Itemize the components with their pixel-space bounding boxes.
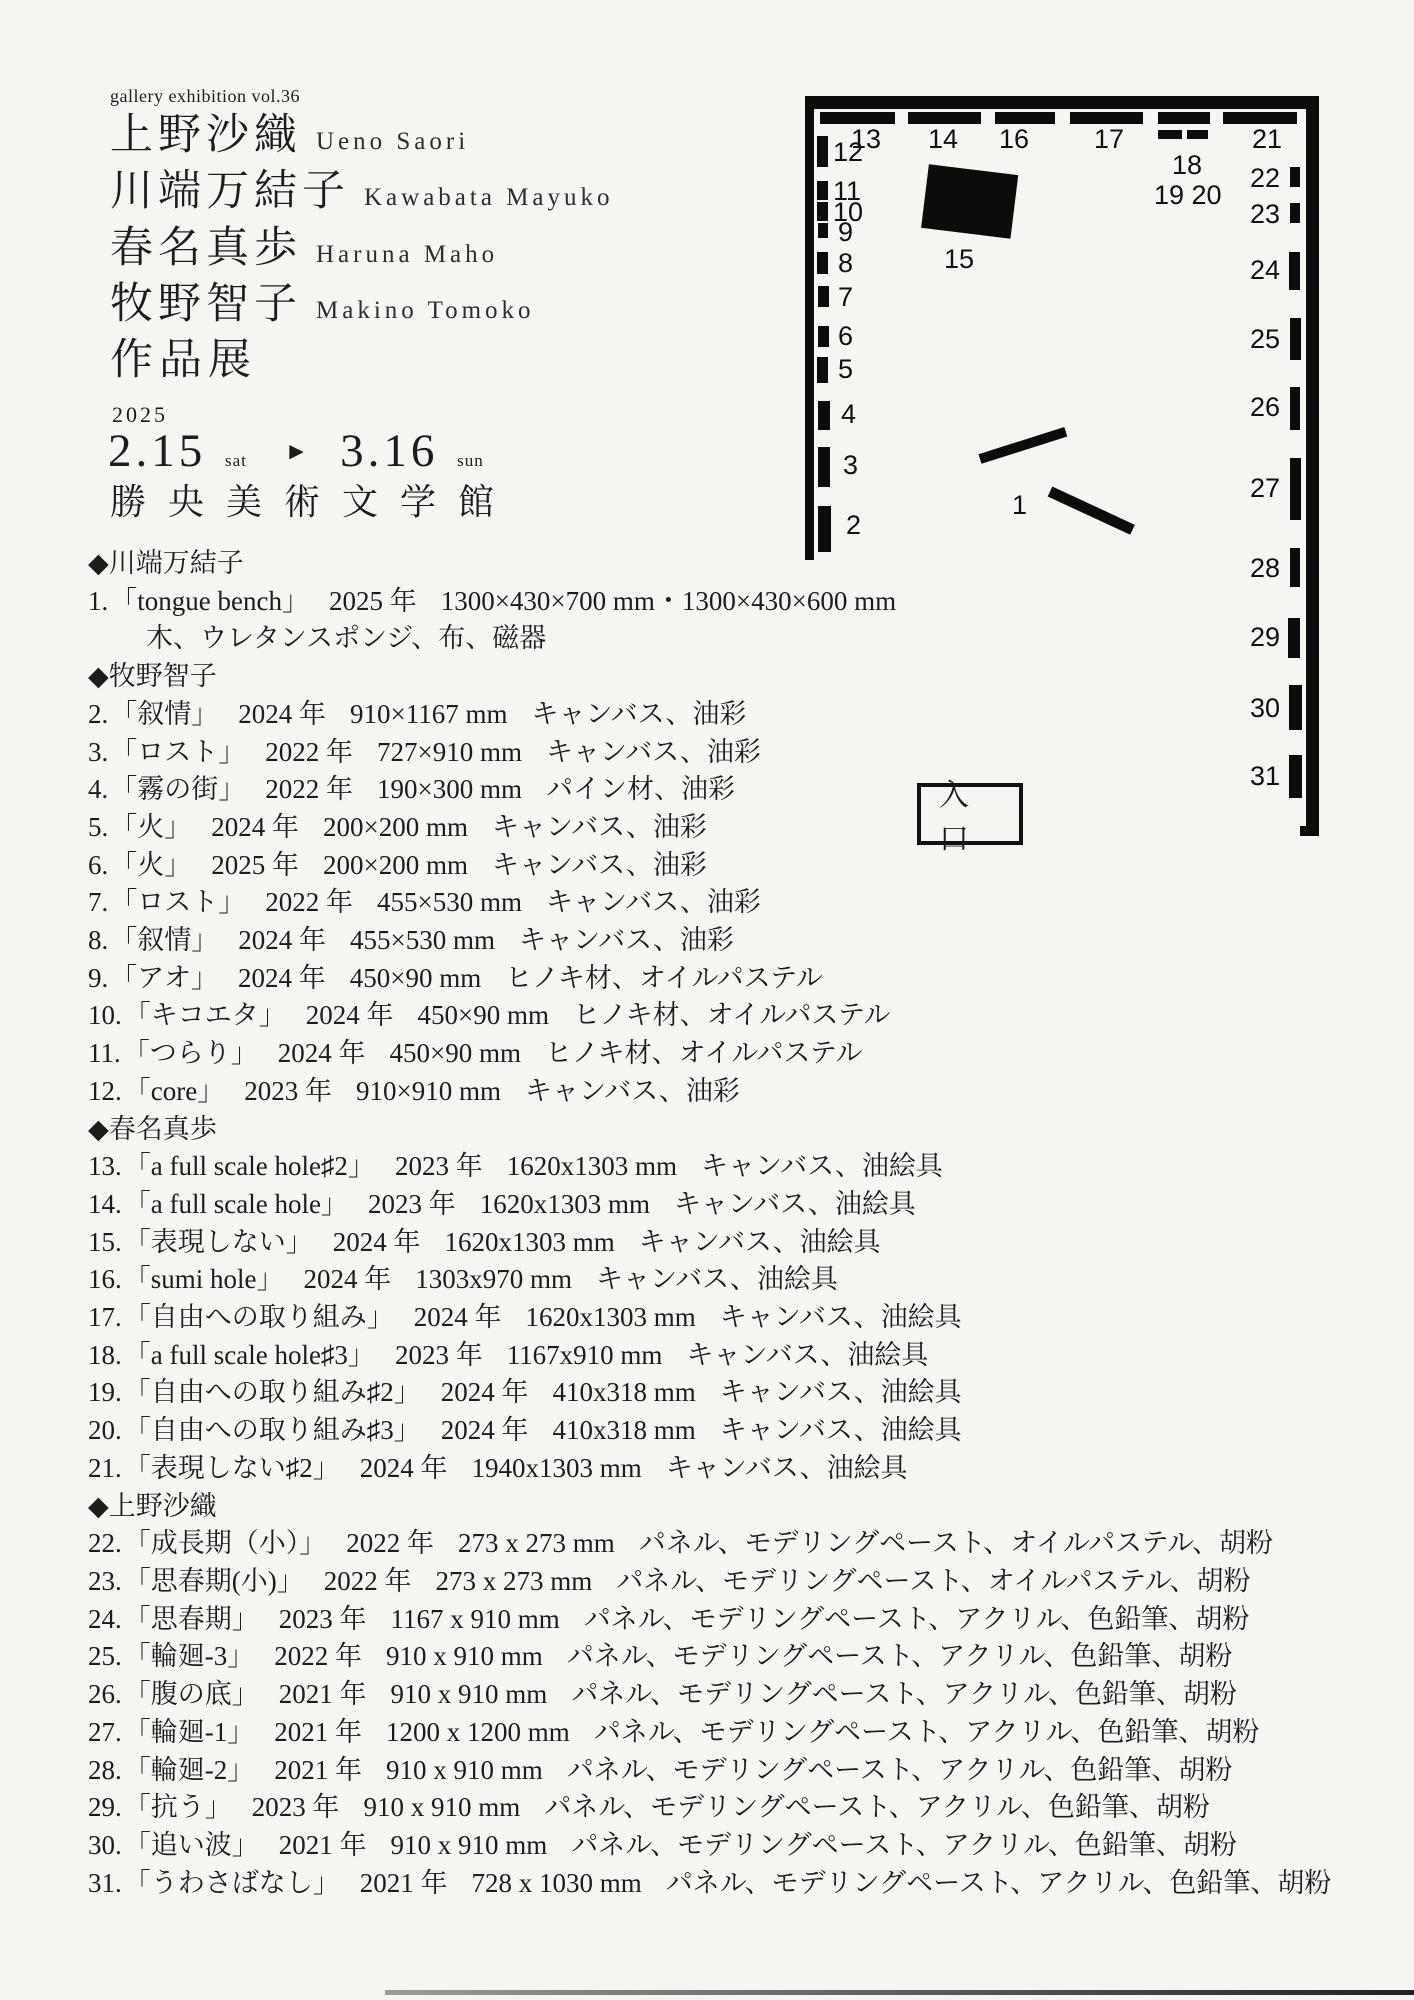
work-no: 17.	[88, 1302, 122, 1332]
artist-name-row: 川端万結子 Kawabata Mayuko	[110, 170, 614, 213]
work-no: 14.	[88, 1189, 122, 1219]
artist-en: Ueno Saori	[316, 128, 469, 156]
date-start: 2.15	[108, 425, 206, 477]
artist-ja: 春名真歩	[110, 227, 302, 270]
map-artwork-bar-15	[921, 164, 1018, 238]
work-year: 2024 年	[238, 963, 326, 993]
work-year: 2023 年	[252, 1792, 340, 1822]
work-row-11: 11.「つらり」2024 年450×90 mmヒノキ材、オイルパステル	[88, 1035, 1388, 1073]
artist-name-row: 牧野智子 Makino Tomoko	[110, 283, 535, 326]
work-no: 27.	[88, 1717, 122, 1747]
work-row-17: 17.「自由への取り組み」2024 年1620x1303 mmキャンバス、油絵具	[88, 1299, 1388, 1337]
map-label-23: 23	[1236, 201, 1280, 228]
map-artwork-bar	[978, 427, 1067, 464]
map-label-8: 8	[838, 250, 853, 277]
work-no: 2.	[88, 699, 108, 729]
work-title: 「うわさばなし」	[124, 1868, 340, 1898]
work-size: 1620x1303 mm	[507, 1151, 677, 1181]
works-list: ◆川端万結子1.「tongue bench」2025 年1300×430×700…	[88, 545, 1388, 1902]
map-label-29: 29	[1236, 624, 1280, 651]
work-title: 「自由への取り組み♯2」	[124, 1377, 421, 1407]
work-title: 「思春期」	[124, 1604, 259, 1634]
work-mat: キャンバス、油絵具	[674, 1189, 916, 1219]
work-no: 10.	[88, 1000, 122, 1030]
work-title: 「表現しない♯2」	[124, 1453, 340, 1483]
work-row-10: 10.「キコエタ」2024 年450×90 mmヒノキ材、オイルパステル	[88, 997, 1388, 1035]
work-mat: キャンバス、油彩	[531, 699, 746, 729]
map-label-5: 5	[838, 356, 853, 383]
work-mat: パネル、モデリングペースト、アクリル、色鉛筆、胡粉	[567, 1641, 1233, 1671]
work-row-19: 19.「自由への取り組み♯2」2024 年410x318 mmキャンバス、油絵具	[88, 1374, 1388, 1412]
work-year: 2024 年	[360, 1453, 448, 1483]
work-size: 1620x1303 mm	[480, 1189, 650, 1219]
work-year: 2023 年	[395, 1340, 483, 1370]
work-mat: パネル、モデリングペースト、オイルパステル、胡粉	[616, 1566, 1250, 1596]
work-no: 29.	[88, 1792, 122, 1822]
work-size: 1940x1303 mm	[472, 1453, 642, 1483]
work-size: 1167x910 mm	[507, 1340, 663, 1370]
work-size: 1303x970 mm	[415, 1264, 572, 1294]
work-title: 「輪廻-1」	[124, 1717, 255, 1747]
work-year: 2023 年	[244, 1076, 332, 1106]
work-title: 「a full scale hole♯3」	[124, 1340, 375, 1370]
work-mat: キャンバス、油絵具	[720, 1302, 962, 1332]
map-artwork-bar-31	[1289, 755, 1302, 798]
map-label-7: 7	[838, 284, 853, 311]
work-materials-continuation: 木、ウレタンスポンジ、布、磁器	[88, 620, 1388, 658]
map-artwork-bar-30	[1289, 685, 1302, 730]
section-header: ◆牧野智子	[88, 658, 1388, 696]
date-start-day: sat	[225, 451, 247, 470]
map-artwork-bar-8	[817, 252, 828, 274]
work-no: 13.	[88, 1151, 122, 1181]
map-label-16: 16	[999, 126, 1029, 153]
work-row-2: 2.「叙情」2024 年910×1167 mmキャンバス、油彩	[88, 696, 1388, 734]
work-size: 273 x 273 mm	[435, 1566, 592, 1596]
map-wall	[1300, 826, 1319, 836]
work-row-16: 16.「sumi hole」2024 年1303x970 mmキャンバス、油絵具	[88, 1261, 1388, 1299]
artist-name-row: 春名真歩 Haruna Maho	[110, 227, 498, 270]
work-size: 910×910 mm	[356, 1076, 501, 1106]
map-label-6: 6	[838, 323, 853, 350]
work-year: 2021 年	[279, 1679, 367, 1709]
entrance-label: 入口	[939, 770, 1019, 858]
work-no: 24.	[88, 1604, 122, 1634]
map-artwork-bar-13	[820, 112, 895, 124]
work-size: 190×300 mm	[377, 774, 522, 804]
work-mat: キャンバス、油絵具	[666, 1453, 908, 1483]
work-year: 2021 年	[360, 1868, 448, 1898]
map-label-1: 1	[1012, 492, 1027, 519]
map-artwork-bar-12	[817, 136, 828, 167]
work-mat: パネル、モデリングペースト、アクリル、色鉛筆、胡粉	[666, 1868, 1332, 1898]
work-title: 「腹の底」	[124, 1679, 259, 1709]
work-row-24: 24.「思春期」2023 年1167 x 910 mmパネル、モデリングペースト…	[88, 1601, 1388, 1639]
work-title: 「ロスト」	[110, 887, 245, 917]
work-no: 6.	[88, 850, 108, 880]
map-artwork-bar-6	[818, 326, 829, 347]
work-row-8: 8.「叙情」2024 年455×530 mmキャンバス、油彩	[88, 922, 1388, 960]
map-wall	[1306, 96, 1319, 836]
work-no: 18.	[88, 1340, 122, 1370]
work-mat: キャンバス、油絵具	[639, 1227, 881, 1257]
work-title: 「思春期(小)」	[124, 1566, 304, 1596]
work-size: 450×90 mm	[390, 1038, 521, 1068]
work-size: 455×530 mm	[350, 925, 495, 955]
work-size: 450×90 mm	[418, 1000, 549, 1030]
work-row-7: 7.「ロスト」2022 年455×530 mmキャンバス、油彩	[88, 884, 1388, 922]
work-year: 2022 年	[265, 887, 353, 917]
work-mat: パネル、モデリングペースト、アクリル、色鉛筆、胡粉	[584, 1604, 1250, 1634]
work-no: 8.	[88, 925, 108, 955]
map-artwork-bar-29	[1288, 618, 1300, 658]
work-mat: キャンバス、油絵具	[720, 1415, 962, 1445]
work-no: 1.	[88, 586, 108, 616]
work-year: 2023 年	[279, 1604, 367, 1634]
date-end-day: sun	[457, 451, 484, 470]
section-header: ◆春名真歩	[88, 1111, 1388, 1149]
work-row-12: 12.「core」2023 年910×910 mmキャンバス、油彩	[88, 1073, 1388, 1111]
work-row-18: 18.「a full scale hole♯3」2023 年1167x910 m…	[88, 1337, 1388, 1375]
artist-en: Kawabata Mayuko	[364, 184, 614, 212]
map-label-21: 21	[1252, 126, 1282, 153]
work-title: 「抗う」	[124, 1792, 232, 1822]
map-label-25: 25	[1236, 326, 1280, 353]
map-artwork-bar-24	[1289, 252, 1300, 290]
arrow-right-icon: ►	[285, 439, 309, 465]
work-no: 20.	[88, 1415, 122, 1445]
work-mat: ヒノキ材、オイルパステル	[505, 963, 823, 993]
work-title: 「tongue bench」	[110, 586, 309, 616]
work-year: 2024 年	[441, 1415, 529, 1445]
work-row-6: 6.「火」2025 年200×200 mmキャンバス、油彩	[88, 847, 1388, 885]
work-row-5: 5.「火」2024 年200×200 mmキャンバス、油彩	[88, 809, 1388, 847]
work-row-21: 21.「表現しない♯2」2024 年1940x1303 mmキャンバス、油絵具	[88, 1450, 1388, 1488]
work-year: 2024 年	[414, 1302, 502, 1332]
work-no: 26.	[88, 1679, 122, 1709]
work-size: 410x318 mm	[553, 1377, 696, 1407]
scan-edge-artifact	[385, 1990, 1414, 1995]
map-artwork-bar-16	[995, 112, 1055, 124]
work-no: 12.	[88, 1076, 122, 1106]
work-title: 「sumi hole」	[124, 1264, 284, 1294]
work-title: 「霧の街」	[110, 774, 245, 804]
work-no: 5.	[88, 812, 108, 842]
work-mat: キャンバス、油彩	[546, 737, 761, 767]
work-mat: ヒノキ材、オイルパステル	[573, 1000, 891, 1030]
work-year: 2024 年	[441, 1377, 529, 1407]
map-artwork-bar-25	[1290, 318, 1301, 360]
work-year: 2024 年	[333, 1227, 421, 1257]
artist-en: Haruna Maho	[316, 241, 498, 269]
map-label-2: 2	[846, 512, 861, 539]
work-year: 2022 年	[274, 1641, 362, 1671]
work-size: 910 x 910 mm	[391, 1830, 548, 1860]
work-title: 「キコエタ」	[124, 1000, 286, 1030]
work-title: 「ロスト」	[110, 737, 245, 767]
map-artwork-bar-7	[818, 286, 829, 307]
work-mat: ヒノキ材、オイルパステル	[545, 1038, 863, 1068]
map-artwork-bar-26	[1290, 387, 1300, 430]
work-row-20: 20.「自由への取り組み♯3」2024 年410x318 mmキャンバス、油絵具	[88, 1412, 1388, 1450]
exhibition-dates: 2.15 sat ► 3.16 sun	[108, 428, 484, 475]
work-size: 200×200 mm	[323, 812, 468, 842]
map-artwork-bar-4	[818, 401, 830, 430]
work-title: 「叙情」	[110, 699, 218, 729]
work-row-4: 4.「霧の街」2022 年190×300 mmパイン材、油彩	[88, 771, 1388, 809]
work-no: 7.	[88, 887, 108, 917]
map-label-14: 14	[928, 126, 958, 153]
work-mat: キャンバス、油彩	[492, 812, 707, 842]
work-row-13: 13.「a full scale hole♯2」2023 年1620x1303 …	[88, 1148, 1388, 1186]
date-end: 3.16	[340, 425, 438, 477]
work-row-3: 3.「ロスト」2022 年727×910 mmキャンバス、油彩	[88, 734, 1388, 772]
work-size: 1200 x 1200 mm	[386, 1717, 570, 1747]
work-size: 1300×430×700 mm・1300×430×600 mm	[441, 586, 896, 616]
map-label-19-20: 19 20	[1154, 182, 1222, 209]
work-row-1: 1.「tongue bench」2025 年1300×430×700 mm・13…	[88, 583, 1388, 621]
work-no: 21.	[88, 1453, 122, 1483]
artist-ja: 牧野智子	[110, 283, 302, 326]
work-row-22: 22.「成長期（小）」2022 年273 x 273 mmパネル、モデリングペー…	[88, 1525, 1388, 1563]
work-title: 「表現しない」	[124, 1227, 313, 1257]
artist-name-row: 上野沙織 Ueno Saori	[110, 114, 469, 157]
work-size: 910 x 910 mm	[391, 1679, 548, 1709]
artist-en: Makino Tomoko	[316, 297, 535, 325]
series-title: gallery exhibition vol.36	[110, 86, 300, 107]
work-no: 30.	[88, 1830, 122, 1860]
work-year: 2024 年	[211, 812, 299, 842]
work-year: 2024 年	[238, 925, 326, 955]
map-artwork-bar-3	[818, 447, 830, 487]
map-label-15: 15	[944, 246, 974, 273]
work-year: 2021 年	[274, 1717, 362, 1747]
work-row-15: 15.「表現しない」2024 年1620x1303 mmキャンバス、油絵具	[88, 1224, 1388, 1262]
work-year: 2021 年	[279, 1830, 367, 1860]
work-mat: パネル、モデリングペースト、アクリル、色鉛筆、胡粉	[571, 1679, 1237, 1709]
work-no: 31.	[88, 1868, 122, 1898]
map-artwork-bar	[1048, 487, 1135, 535]
work-size: 910 x 910 mm	[386, 1641, 543, 1671]
work-size: 910 x 910 mm	[364, 1792, 521, 1822]
work-mat: キャンバス、油絵具	[596, 1264, 838, 1294]
map-artwork-bar-14	[908, 112, 981, 124]
work-row-26: 26.「腹の底」2021 年910 x 910 mmパネル、モデリングペースト、…	[88, 1676, 1388, 1714]
work-no: 3.	[88, 737, 108, 767]
map-wall	[805, 96, 814, 560]
work-size: 455×530 mm	[377, 887, 522, 917]
work-size: 1620x1303 mm	[526, 1302, 696, 1332]
map-label-17: 17	[1094, 126, 1124, 153]
work-mat: パネル、モデリングペースト、アクリル、色鉛筆、胡粉	[571, 1830, 1237, 1860]
work-mat: キャンバス、油彩	[546, 887, 761, 917]
work-mat: パネル、モデリングペースト、オイルパステル、胡粉	[639, 1528, 1273, 1558]
work-no: 22.	[88, 1528, 122, 1558]
map-artwork-bar-18	[1158, 112, 1210, 124]
work-mat: キャンバス、油絵具	[720, 1377, 962, 1407]
work-title: 「自由への取り組み」	[124, 1302, 394, 1332]
work-title: 「追い波」	[124, 1830, 259, 1860]
work-title: 「つらり」	[123, 1038, 258, 1068]
work-title: 「火」	[110, 812, 191, 842]
map-label-4: 4	[841, 401, 856, 428]
work-size: 200×200 mm	[323, 850, 468, 880]
work-year: 2023 年	[368, 1189, 456, 1219]
work-no: 15.	[88, 1227, 122, 1257]
work-no: 11.	[88, 1038, 121, 1068]
artist-ja: 川端万結子	[110, 170, 350, 213]
map-artwork-bar-9	[818, 223, 828, 238]
work-title: 「core」	[124, 1076, 224, 1106]
work-year: 2022 年	[346, 1528, 434, 1558]
work-title: 「アオ」	[110, 963, 218, 993]
work-no: 19.	[88, 1377, 122, 1407]
work-no: 4.	[88, 774, 108, 804]
section-header: ◆上野沙織	[88, 1488, 1388, 1526]
map-artwork-bar-22	[1290, 167, 1300, 187]
work-size: 273 x 273 mm	[458, 1528, 615, 1558]
work-size: 1620x1303 mm	[445, 1227, 615, 1257]
map-label-30: 30	[1236, 695, 1280, 722]
exhibition-flyer-page: gallery exhibition vol.36 上野沙織 Ueno Saor…	[0, 0, 1414, 2000]
work-year: 2022 年	[324, 1566, 412, 1596]
work-year: 2023 年	[395, 1151, 483, 1181]
work-row-25: 25.「輪廻-3」2022 年910 x 910 mmパネル、モデリングペースト…	[88, 1638, 1388, 1676]
map-artwork-bar-21	[1223, 112, 1297, 124]
map-label-9: 9	[838, 219, 853, 246]
work-no: 9.	[88, 963, 108, 993]
map-artwork-bar-5	[817, 357, 828, 383]
work-title: 「自由への取り組み♯3」	[124, 1415, 421, 1445]
work-no: 16.	[88, 1264, 122, 1294]
map-artwork-bar-17	[1070, 112, 1143, 124]
work-mat: パネル、モデリングペースト、アクリル、色鉛筆、胡粉	[594, 1717, 1260, 1747]
artist-ja: 上野沙織	[110, 114, 302, 157]
work-year: 2022 年	[265, 774, 353, 804]
work-row-28: 28.「輪廻-2」2021 年910 x 910 mmパネル、モデリングペースト…	[88, 1752, 1388, 1790]
work-year: 2024 年	[238, 699, 326, 729]
work-title: 「成長期（小）」	[124, 1528, 327, 1558]
exhibition-word: 作品展	[110, 339, 257, 382]
map-artwork-bar-2	[818, 506, 831, 552]
work-row-27: 27.「輪廻-1」2021 年1200 x 1200 mmパネル、モデリングペー…	[88, 1714, 1388, 1752]
section-header: ◆川端万結子	[88, 545, 1388, 583]
work-row-23: 23.「思春期(小)」2022 年273 x 273 mmパネル、モデリングペー…	[88, 1563, 1388, 1601]
map-artwork-bar-19	[1158, 130, 1182, 139]
work-size: 728 x 1030 mm	[472, 1868, 642, 1898]
work-size: 910×1167 mm	[350, 699, 507, 729]
work-year: 2022 年	[265, 737, 353, 767]
work-row-14: 14.「a full scale hole」2023 年1620x1303 mm…	[88, 1186, 1388, 1224]
work-no: 23.	[88, 1566, 122, 1596]
work-row-9: 9.「アオ」2024 年450×90 mmヒノキ材、オイルパステル	[88, 960, 1388, 998]
work-mat: キャンバス、油彩	[519, 925, 734, 955]
map-artwork-bar-27	[1290, 458, 1301, 520]
work-row-29: 29.「抗う」2023 年910 x 910 mmパネル、モデリングペースト、ア…	[88, 1789, 1388, 1827]
map-label-3: 3	[843, 452, 858, 479]
map-label-27: 27	[1236, 475, 1280, 502]
work-mat: キャンバス、油彩	[492, 850, 707, 880]
work-year: 2024 年	[304, 1264, 392, 1294]
work-size: 910 x 910 mm	[386, 1755, 543, 1785]
work-year: 2025 年	[329, 586, 417, 616]
work-title: 「叙情」	[110, 925, 218, 955]
work-row-31: 31.「うわさばなし」2021 年728 x 1030 mmパネル、モデリングペ…	[88, 1865, 1388, 1903]
map-label-31: 31	[1236, 763, 1280, 790]
work-title: 「a full scale hole♯2」	[124, 1151, 375, 1181]
work-mat: パイン材、油彩	[546, 774, 735, 804]
map-label-28: 28	[1236, 555, 1280, 582]
work-mat: パネル、モデリングペースト、アクリル、色鉛筆、胡粉	[567, 1755, 1233, 1785]
work-title: 「輪廻-2」	[124, 1755, 255, 1785]
work-mat: キャンバス、油絵具	[701, 1151, 943, 1181]
work-size: 410x318 mm	[553, 1415, 696, 1445]
map-artwork-bar-28	[1290, 548, 1300, 587]
work-no: 25.	[88, 1641, 122, 1671]
map-artwork-bar-23	[1290, 203, 1300, 223]
work-year: 2024 年	[306, 1000, 394, 1030]
work-year: 2021 年	[274, 1755, 362, 1785]
map-label-26: 26	[1236, 394, 1280, 421]
work-no: 28.	[88, 1755, 122, 1785]
map-wall	[805, 96, 1319, 109]
work-row-30: 30.「追い波」2021 年910 x 910 mmパネル、モデリングペースト、…	[88, 1827, 1388, 1865]
map-label-24: 24	[1236, 257, 1280, 284]
work-title: 「輪廻-3」	[124, 1641, 255, 1671]
work-size: 727×910 mm	[377, 737, 522, 767]
work-size: 1167 x 910 mm	[391, 1604, 560, 1634]
map-artwork-bar-10	[817, 202, 828, 221]
map-label-12: 12	[833, 139, 863, 166]
venue-name: 勝央美術文学館	[110, 484, 516, 520]
entrance-box: 入口	[917, 783, 1023, 845]
work-size: 450×90 mm	[350, 963, 481, 993]
work-title: 「a full scale hole」	[124, 1189, 348, 1219]
work-mat: パネル、モデリングペースト、アクリル、色鉛筆、胡粉	[544, 1792, 1210, 1822]
work-mat: キャンバス、油絵具	[686, 1340, 928, 1370]
map-label-22: 22	[1236, 165, 1280, 192]
work-year: 2025 年	[211, 850, 299, 880]
map-label-18: 18	[1172, 152, 1202, 179]
map-artwork-bar-11	[817, 181, 828, 200]
work-mat: キャンバス、油彩	[525, 1076, 740, 1106]
map-artwork-bar-20	[1187, 130, 1208, 139]
work-title: 「火」	[110, 850, 191, 880]
work-year: 2024 年	[278, 1038, 366, 1068]
